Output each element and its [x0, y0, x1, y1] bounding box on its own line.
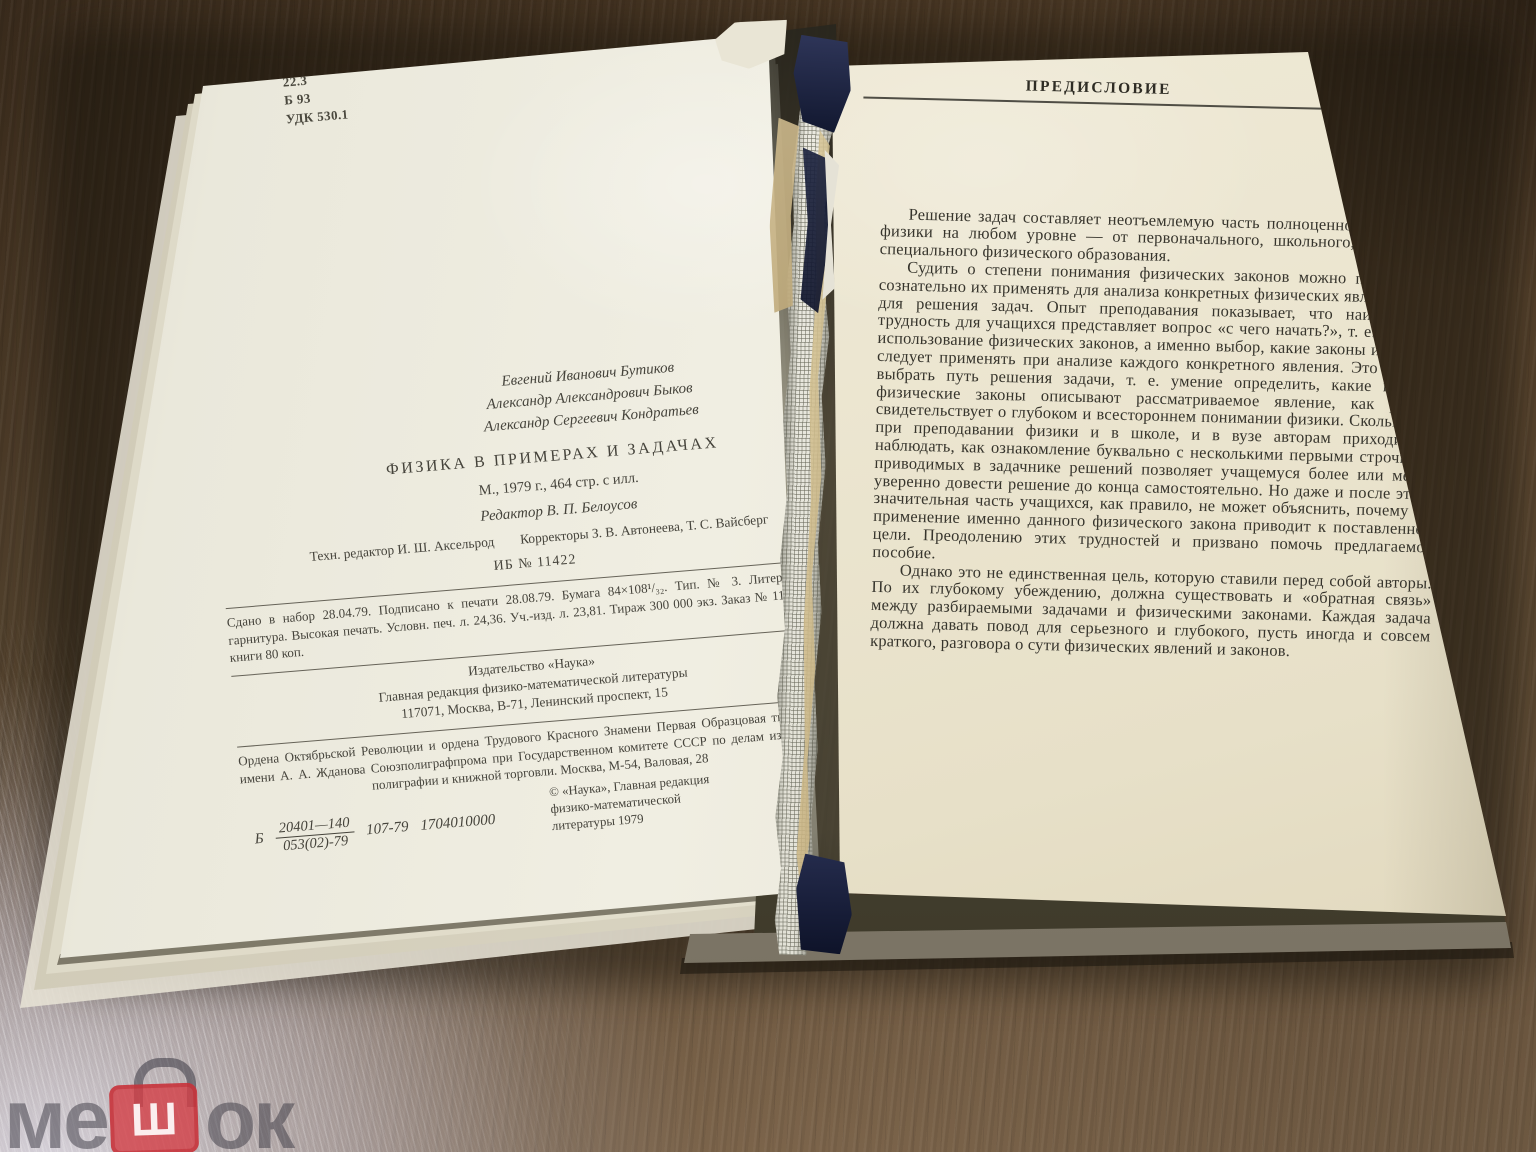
- catalog-prefix: Б: [254, 828, 265, 850]
- imprint-page-content: 22.3 Б 93 УДК 530.1 Евгений Иванович Бут…: [180, 3, 852, 949]
- watermark-text-after: ок: [205, 1085, 292, 1152]
- spine-fragment-navy-bottom: [795, 854, 853, 955]
- shopping-bag-icon: Ш: [110, 1062, 202, 1152]
- preface-header-block: ПРЕДИСЛОВИЕ: [863, 74, 1333, 110]
- bag-body: Ш: [109, 1082, 199, 1152]
- preface-paragraph: Однако это не единственная цель, которую…: [870, 560, 1432, 663]
- catalog-suffix: 107-79: [365, 817, 409, 841]
- catalog-isbn-code: 1704010000: [420, 809, 496, 836]
- preface-paragraph: Судить о степени понимания физических за…: [872, 258, 1439, 574]
- preface-body: Решение задач составляет неотъемлемую ча…: [870, 205, 1441, 663]
- copyright-block: © «Наука», Главная редакция физико-матем…: [549, 771, 713, 836]
- catalog-fraction: 20401—140 053(02)-79: [274, 814, 355, 855]
- catalog-code: Б 20401—140 053(02)-79 107-79 1704010000: [253, 803, 496, 857]
- watermark-text-before: ме: [4, 1085, 107, 1152]
- meshok-watermark: ме Ш ок: [4, 1062, 292, 1152]
- watermark-bag-letter: Ш: [130, 1095, 178, 1143]
- book-photo-scene: ПРЕДИСЛОВИЕ Решение задач составляет нео…: [0, 0, 1536, 1152]
